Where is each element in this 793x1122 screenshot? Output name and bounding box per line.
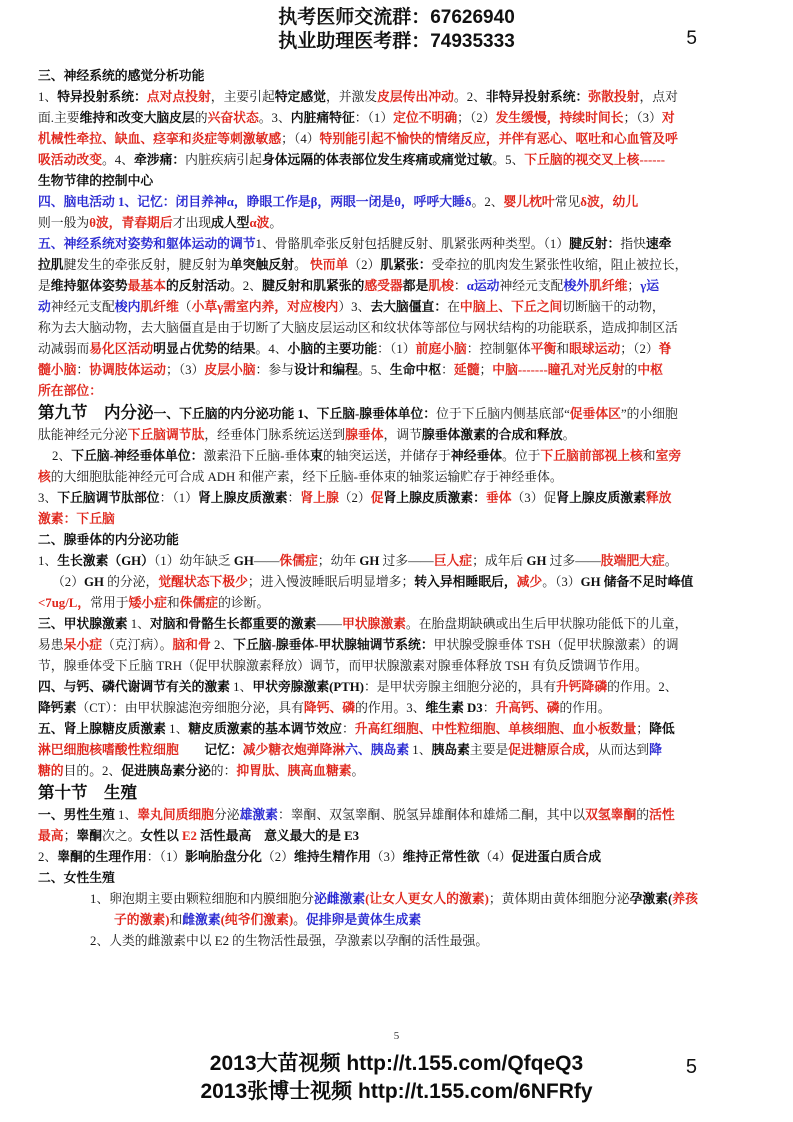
page-header: 执考医师交流群：67626940 执业助理医考群：74935333 5 (0, 6, 793, 64)
text-line: 三、神经系统的感觉分析功能 (38, 66, 765, 87)
text-line: 3、下丘脑调节肽部位：（1）肾上腺皮质激素：肾上腺（2）促肾上腺皮质激素：垂体（… (38, 488, 765, 509)
footer-links: 2013大苗视频 http://t.155.com/QfqeQ3 2013张博士… (0, 1050, 793, 1106)
text-line: 吸活动改变。4、牵涉痛：内脏疾病引起身体远隔的体表部位发生疼痛或痛觉过敏。5、下… (38, 150, 765, 171)
text-line: 易患呆小症（克汀病）。脑和骨 2、下丘脑-腺垂体-甲状腺轴调节系统：甲状腺受腺垂… (38, 635, 765, 656)
document-page: 执考医师交流群：67626940 执业助理医考群：74935333 5 三、神经… (0, 0, 793, 1122)
text-line: 核的大细胞肽能神经元可合成 ADH 和催产素，经下丘脑-垂体束的轴浆运输贮存于神… (38, 467, 765, 488)
footer-page-number: 5 (686, 1056, 697, 1079)
text-line: 四、脑电活动 1、记忆：闭目养神α，睁眼工作是β，两眼一闭是θ，呼呼大睡δ。2、… (38, 192, 765, 213)
text-line: 二、腺垂体的内分泌功能 (38, 530, 765, 551)
text-line: 1、生长激素（GH）（1）幼年缺乏 GH——侏儒症；幼年 GH 过多——巨人症；… (38, 551, 765, 572)
text-line: 1、特异投射系统：点对点投射，主要引起特定感觉，并激发皮层传出冲动。2、非特异投… (38, 87, 765, 108)
text-line: 面.主要维持和改变大脑皮层的兴奋状态。3、内脏痛特征：（1）定位不明确；（2）发… (38, 108, 765, 129)
text-line: 1、卵泡期主要由颗粒细胞和内膜细胞分泌雌激素(让女人更女人的激素)；黄体期由黄体… (38, 889, 765, 910)
text-line: 三、甲状腺激素 1、对脑和骨骼生长都重要的激素——甲状腺激素。在胎盘期缺碘或出生… (38, 614, 765, 635)
text-line: 淋巴细胞核嗜酸性粒细胞 记忆：减少糖衣炮弹降淋六、胰岛素 1、胰岛素主要是促进糖… (38, 740, 765, 761)
header-page-number: 5 (686, 28, 697, 50)
text-line: 最高；睾酮次之。女性以 E2 活性最高 意义最大的是 E3 (38, 826, 765, 847)
text-line: 激素：下丘脑 (38, 509, 765, 530)
text-line: 第九节 内分泌一、下丘脑的内分泌功能 1、下丘脑-腺垂体单位：位于下丘脑内侧基底… (38, 402, 765, 425)
text-line: <7ug/L，常用于矮小症和侏儒症的诊断。 (38, 593, 765, 614)
text-line: 肽能神经元分泌下丘脑调节肽，经垂体门脉系统运送到腺垂体，调节腺垂体激素的合成和释… (38, 425, 765, 446)
footer-small-page-number: 5 (0, 1030, 793, 1042)
text-line: 生物节律的控制中心 (38, 171, 765, 192)
header-qq-group-line-2: 执业助理医考群：74935333 (0, 30, 793, 54)
text-line: 一、男性生殖 1、睾丸间质细胞分泌雄激素：睾酮、双氢睾酮、脱氢异雄酮体和雄烯二酮… (38, 805, 765, 826)
text-line: 称为去大脑动物，去大脑僵直是由于切断了大脑皮层运动区和纹状体等部位与网状结构的功… (38, 318, 765, 339)
text-line: 拉肌腱发生的牵张反射，腱反射为单突触反射。 快而单（2）肌紧张：受牵拉的肌肉发生… (38, 255, 765, 276)
text-line: 则一般为θ波，青春期后才出现成人型α波。 (38, 213, 765, 234)
text-line: 2、人类的雌激素中以 E2 的生物活性最强，孕激素以孕酮的活性最强。 (38, 931, 765, 952)
page-footer: 5 2013大苗视频 http://t.155.com/QfqeQ3 2013张… (0, 1030, 793, 1122)
text-line: 2、睾酮的生理作用：（1）影响胎盘分化（2）维持生精作用（3）维持正常性欲（4）… (38, 847, 765, 868)
text-line: 子的激素)和雌激素(纯爷们激素)。促排卵是黄体生成素 (38, 910, 765, 931)
text-line: 四、与钙、磷代谢调节有关的激素 1、甲状旁腺激素(PTH)：是甲状旁腺主细胞分泌… (38, 677, 765, 698)
footer-video-link-2: 2013张博士视频 http://t.155.com/6NFRfy (0, 1078, 793, 1106)
text-line: 降钙素（CT）：由甲状腺滤泡旁细胞分泌，具有降钙、磷的作用。3、维生素 D3：升… (38, 698, 765, 719)
text-line: 二、女性生殖 (38, 868, 765, 889)
text-line: 机械性牵拉、缺血、痉挛和炎症等刺激敏感；（4）特别能引起不愉快的情绪反应，并伴有… (38, 129, 765, 150)
text-line: 五、神经系统对姿势和躯体运动的调节1、骨骼肌牵张反射包括腱反射、肌紧张两种类型。… (38, 234, 765, 255)
text-line: 髓小脑：协调肢体运动；（3）皮层小脑：参与设计和编程。5、生命中枢：延髓；中脑-… (38, 360, 765, 381)
text-line: 所在部位： (38, 381, 765, 402)
text-line: 是维持躯体姿势最基本的反射活动。2、腱反射和肌紧张的感受器都是肌梭：α运动神经元… (38, 276, 765, 297)
text-line: 糖的目的。2、促进胰岛素分泌的：抑胃肽、胰高血糖素。 (38, 761, 765, 782)
text-line: （2）GH 的分泌，觉醒状态下极少；进入慢波睡眠后明显增多；转入异相睡眠后，减少… (38, 572, 765, 593)
header-group-lines: 执考医师交流群：67626940 执业助理医考群：74935333 (0, 6, 793, 54)
header-qq-group-line-1: 执考医师交流群：67626940 (0, 6, 793, 30)
text-line: 动神经元支配梭内肌纤维（小草γ需室内养，对应梭内）3、去大脑僵直：在中脑上、下丘… (38, 297, 765, 318)
text-line: 动减弱而易化区活动明显占优势的结果。4、小脑的主要功能：（1）前庭小脑：控制躯体… (38, 339, 765, 360)
document-body: 三、神经系统的感觉分析功能1、特异投射系统：点对点投射，主要引起特定感觉，并激发… (38, 66, 765, 952)
text-line: 2、下丘脑-神经垂体单位：激素沿下丘脑-垂体束的轴突运送，并储存于神经垂体。位于… (38, 446, 765, 467)
footer-video-link-1: 2013大苗视频 http://t.155.com/QfqeQ3 (0, 1050, 793, 1078)
text-line: 五、肾上腺糖皮质激素 1、糖皮质激素的基本调节效应：升高红细胞、中性粒细胞、单核… (38, 719, 765, 740)
text-line: 节，腺垂体受下丘脑 TRH（促甲状腺激素释放）调节，而甲状腺激素对腺垂体释放 T… (38, 656, 765, 677)
text-line: 第十节 生殖 (38, 782, 765, 805)
